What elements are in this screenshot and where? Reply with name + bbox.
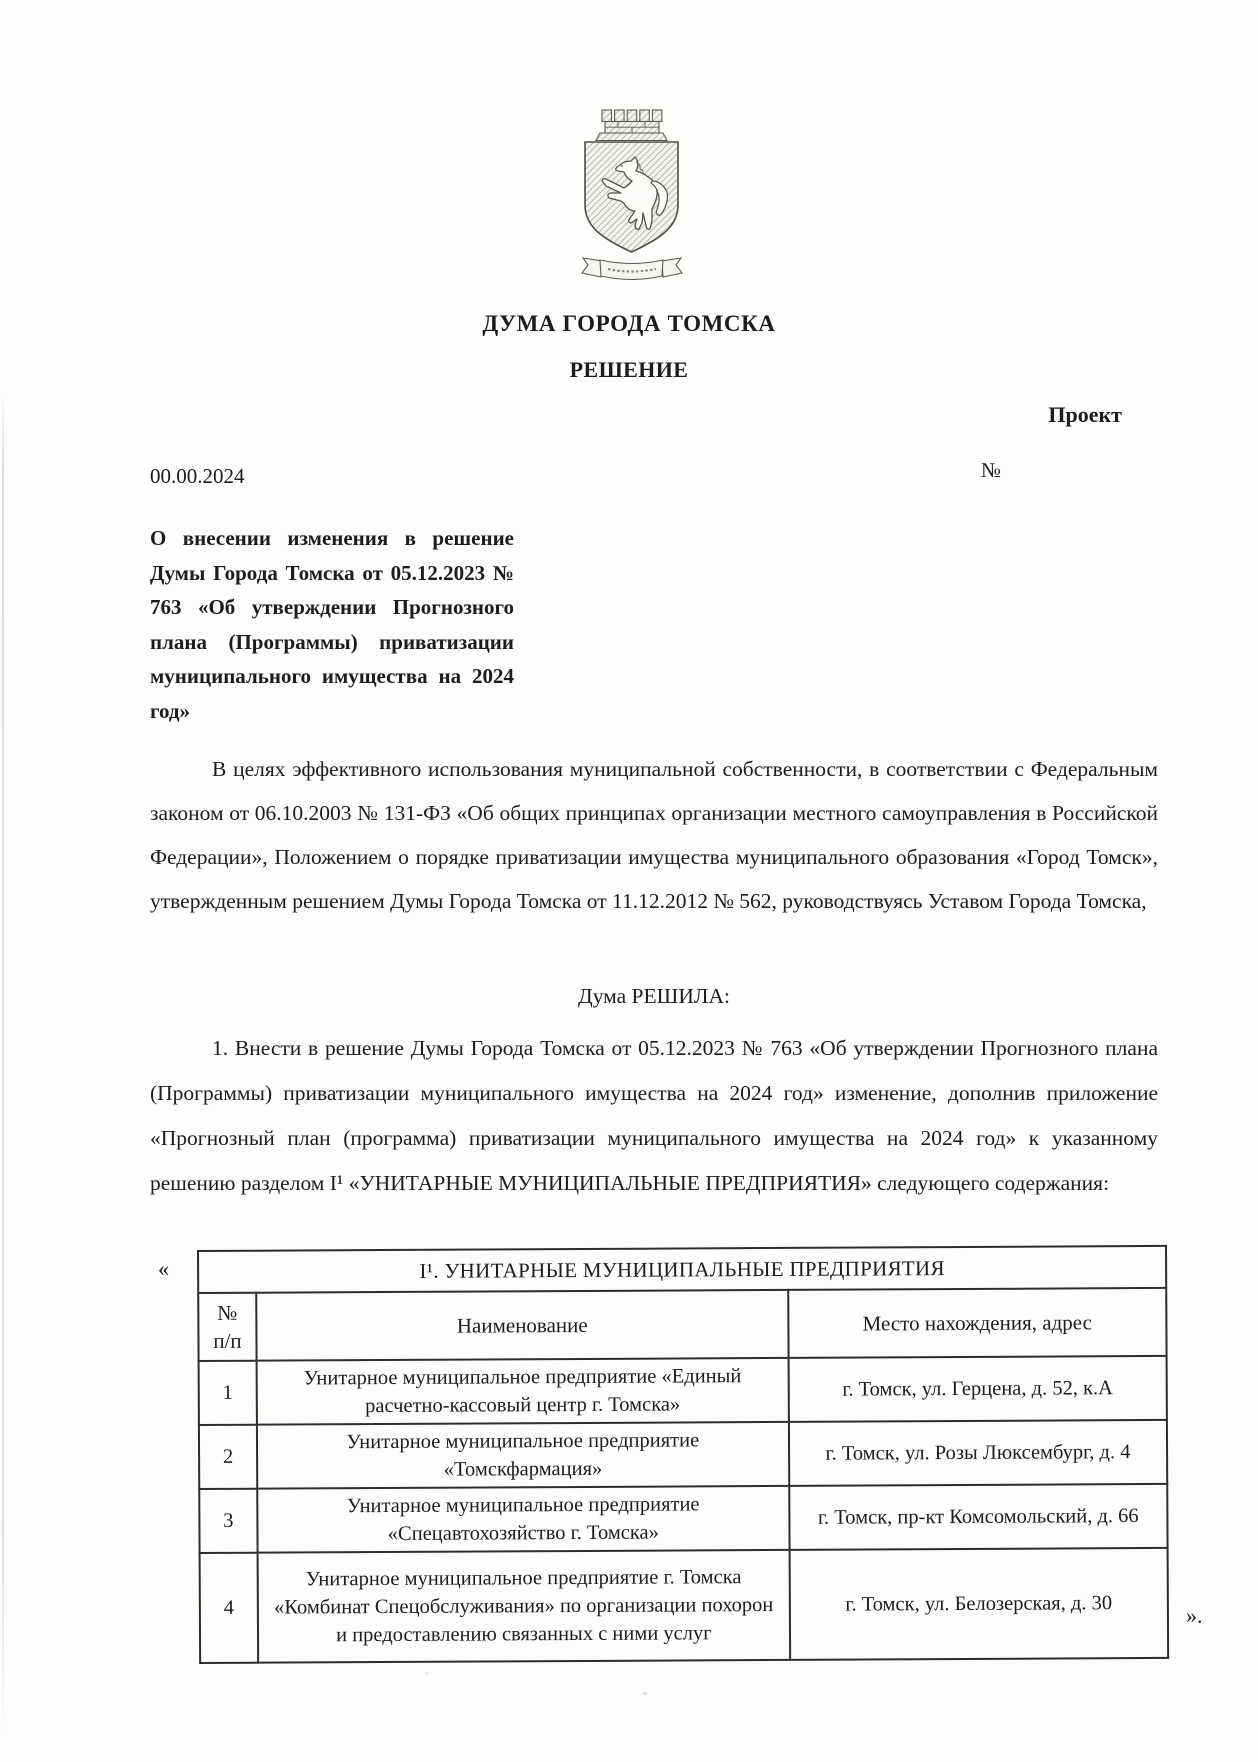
- enterprise-name: Унитарное муниципальное предприятие «Спе…: [257, 1486, 789, 1553]
- column-header-address: Место нахождения, адрес: [788, 1288, 1167, 1358]
- document-number-label: №: [981, 458, 1001, 483]
- enterprise-address: г. Томск, ул. Розы Люксембург, д. 4: [789, 1420, 1168, 1486]
- column-header-name: Наименование: [256, 1290, 788, 1361]
- scanned-document-page: ДУМА ГОРОДА ТОМСКА РЕШЕНИЕ Проект № 00.0…: [0, 0, 1258, 1762]
- table-row: 1 Унитарное муниципальное предприятие «Е…: [199, 1356, 1167, 1425]
- enterprise-name: Унитарное муниципальное предприятие «Еди…: [257, 1358, 789, 1425]
- scan-artifact: [2, 392, 4, 1737]
- scan-artifact: [425, 1672, 429, 1675]
- document-type-title: РЕШЕНИЕ: [0, 357, 1258, 383]
- enterprise-name: Унитарное муниципальное предприятие «Том…: [257, 1422, 789, 1489]
- table-header-row: № п/п Наименование Место нахождения, адр…: [198, 1288, 1166, 1361]
- table-title-row: I¹. УНИТАРНЫЕ МУНИЦИПАЛЬНЫЕ ПРЕДПРИЯТИЯ: [198, 1246, 1166, 1293]
- document-date: 00.00.2024: [150, 464, 245, 489]
- row-number: 4: [200, 1553, 259, 1663]
- organization-title: ДУМА ГОРОДА ТОМСКА: [0, 311, 1258, 337]
- row-number: 2: [199, 1425, 257, 1489]
- document-subject: О внесении изменения в решение Думы Горо…: [150, 521, 514, 728]
- enterprise-name: Унитарное муниципальное предприятие г. Т…: [258, 1550, 790, 1663]
- row-number: 3: [199, 1489, 257, 1553]
- resolution-item-1: 1. Внести в решение Думы Города Томска о…: [150, 1026, 1158, 1206]
- preamble-paragraph: В целях эффективного использования муниц…: [150, 747, 1158, 923]
- row-number: 1: [199, 1361, 257, 1425]
- table-title: I¹. УНИТАРНЫЕ МУНИЦИПАЛЬНЫЕ ПРЕДПРИЯТИЯ: [198, 1246, 1166, 1293]
- scan-artifact: [643, 1692, 647, 1695]
- table-row: 2 Унитарное муниципальное предприятие «Т…: [199, 1420, 1167, 1489]
- opening-quote-mark: «: [158, 1256, 169, 1282]
- closing-quote-mark: ».: [1186, 1603, 1203, 1629]
- column-header-number: № п/п: [198, 1293, 256, 1361]
- draft-label: Проект: [1048, 402, 1122, 428]
- enterprise-address: г. Томск, ул. Герцена, д. 52, к.А: [788, 1356, 1167, 1422]
- resolution-heading: Дума РЕШИЛА:: [150, 984, 1158, 1009]
- enterprise-address: г. Томск, пр-кт Комсомольский, д. 66: [789, 1484, 1168, 1550]
- enterprise-address: г. Томск, ул. Белозерская, д. 30: [789, 1548, 1168, 1660]
- table-row: 4 Унитарное муниципальное предприятие г.…: [200, 1548, 1169, 1663]
- enterprises-table: I¹. УНИТАРНЫЕ МУНИЦИПАЛЬНЫЕ ПРЕДПРИЯТИЯ …: [197, 1245, 1169, 1664]
- table-row: 3 Унитарное муниципальное предприятие «С…: [199, 1484, 1167, 1553]
- tomsk-coat-of-arms-icon: [578, 100, 694, 286]
